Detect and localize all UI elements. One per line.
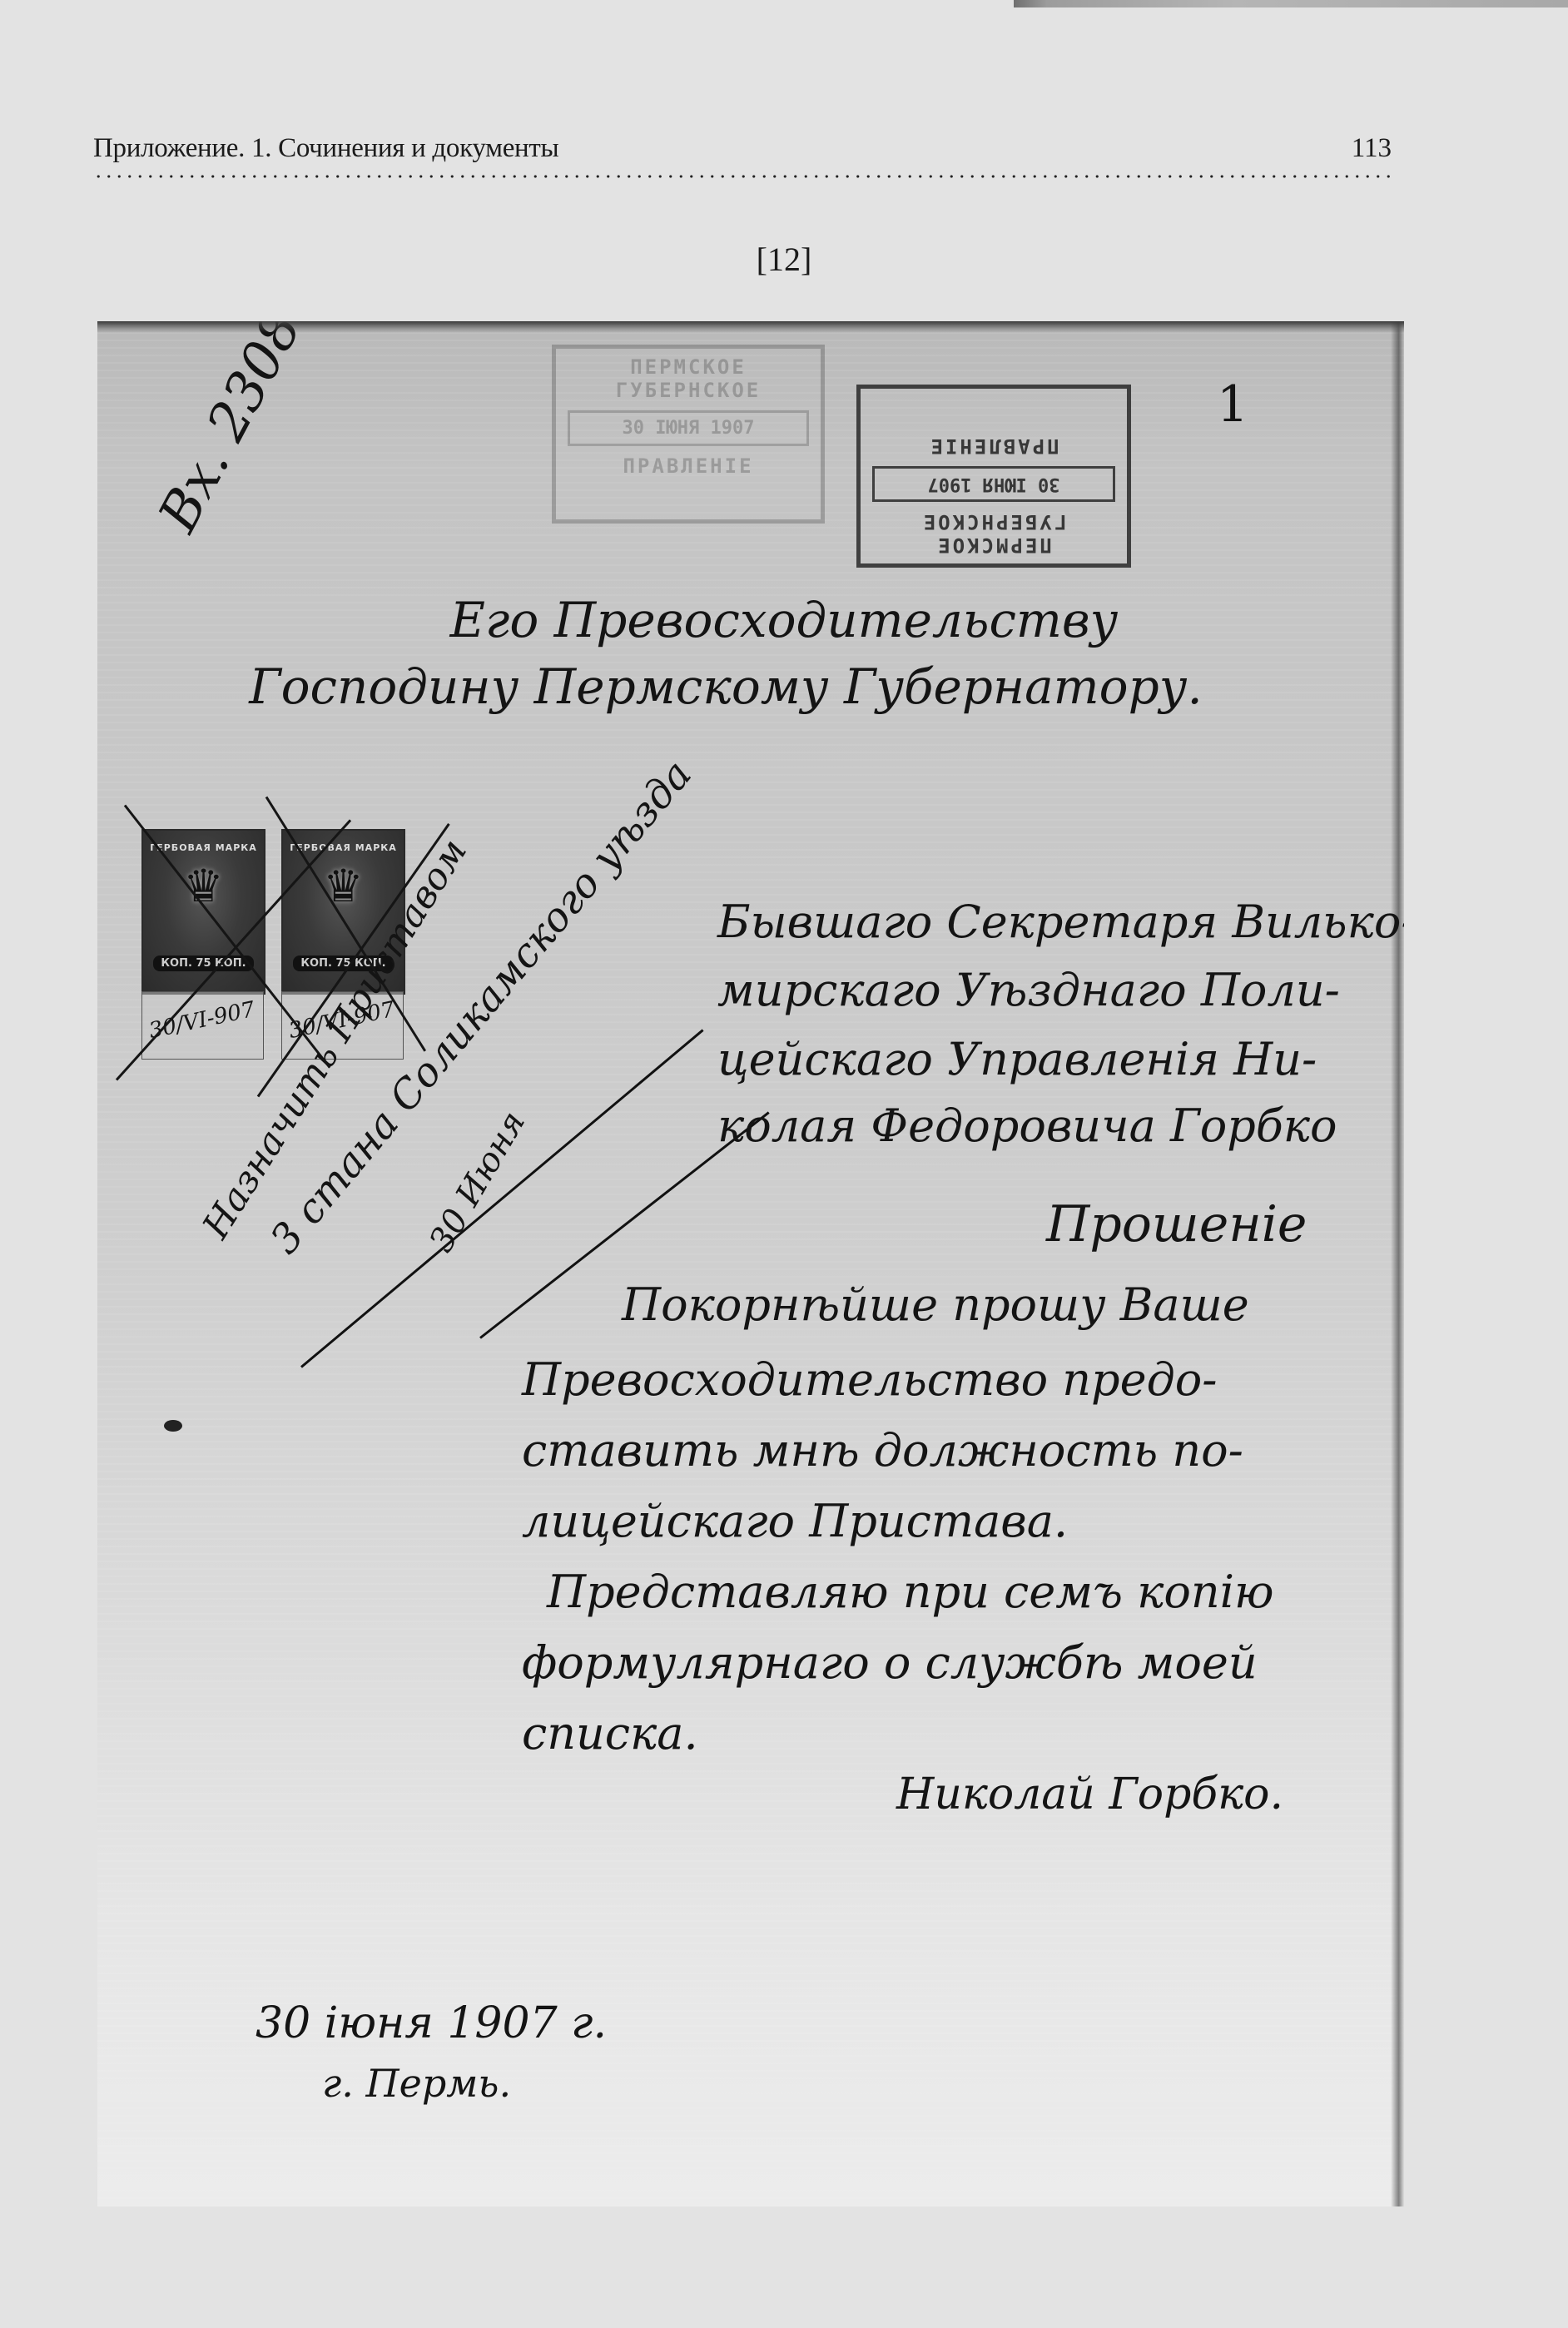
previous-page-image-edge — [1014, 0, 1568, 7]
dotted-rule-divider — [93, 175, 1392, 178]
receipt-stamp-left: ПЕРМСКОЕ ГУБЕРНСКОЕ 30 ІЮНЯ 1907 ПРАВЛЕН… — [552, 345, 825, 524]
petitioner-signature: Николай Горбко. — [896, 1770, 1283, 1819]
body-line-1: Покорнѣйше прошу Ваше — [622, 1278, 1249, 1331]
petitioner-line-1: Бывшаго Секретаря Вилько- — [717, 896, 1404, 948]
addressee-line-2: Господину Пермскому Губернатору. — [97, 658, 1404, 715]
document-number: [12] — [0, 240, 1568, 279]
body-line-2: Превосходительство предо- — [522, 1353, 1218, 1406]
document-place: г. Пермь. — [322, 2061, 511, 2106]
archival-document-photo: Вх. 2308 1 ПЕРМСКОЕ ГУБЕРНСКОЕ 30 ІЮНЯ 1… — [97, 321, 1404, 2206]
body-line-6: формулярнаго о службѣ моей — [522, 1636, 1258, 1689]
running-head-title: Приложение. 1. Сочинения и документы — [93, 133, 558, 164]
stamp-left-top-text: ПЕРМСКОЕ ГУБЕРНСКОЕ — [556, 355, 821, 402]
running-head: Приложение. 1. Сочинения и документы 113 — [93, 133, 1392, 175]
incoming-number-annotation: Вх. 2308 — [147, 321, 314, 542]
body-line-3: ставить мнѣ должность по- — [522, 1424, 1243, 1477]
petition-heading: Прошеніе — [1046, 1195, 1307, 1253]
petitioner-line-4: колая Федоровича Горбко — [717, 1099, 1337, 1152]
page-number: 113 — [1352, 133, 1392, 164]
stamp-right-top-text: ПЕРМСКОЕ ГУБЕРНСКОЕ — [861, 510, 1127, 557]
body-line-7: списка. — [522, 1707, 698, 1760]
folio-number: 1 — [1217, 375, 1248, 434]
margin-resolution-date: 30 Июня — [422, 1104, 533, 1258]
revenue-stamp-value: КОП. 75 КОП. — [153, 956, 254, 971]
petitioner-line-3: цейскаго Управленія Ни- — [717, 1033, 1317, 1085]
ink-blemish — [164, 1420, 182, 1432]
addressee-line-1: Его Превосходительству — [97, 592, 1404, 648]
receipt-stamp-right-inverted: ПЕРМСКОЕ ГУБЕРНСКОЕ 30 ІЮНЯ 1907 ПРАВЛЕН… — [856, 385, 1131, 568]
body-line-4: лицейскаго Пристава. — [522, 1495, 1068, 1547]
document-date: 30 іюня 1907 г. — [256, 1998, 607, 2048]
revenue-stamp: ГЕРБОВАЯ МАРКА ♛ КОП. 75 КОП. — [141, 829, 265, 995]
stamp-right-date: 30 ІЮНЯ 1907 — [872, 466, 1115, 502]
body-line-5: Представляю при семъ копію — [547, 1566, 1274, 1618]
double-headed-eagle-icon: ♛ — [283, 860, 404, 912]
stamp-right-bottom-text: ПРАВЛЕНІЕ — [861, 434, 1127, 458]
petitioner-line-2: мирскаго Уѣзднаго Поли- — [717, 964, 1340, 1016]
stamp-left-bottom-text: ПРАВЛЕНІЕ — [556, 454, 821, 478]
stamp-left-date: 30 ІЮНЯ 1907 — [568, 410, 809, 446]
